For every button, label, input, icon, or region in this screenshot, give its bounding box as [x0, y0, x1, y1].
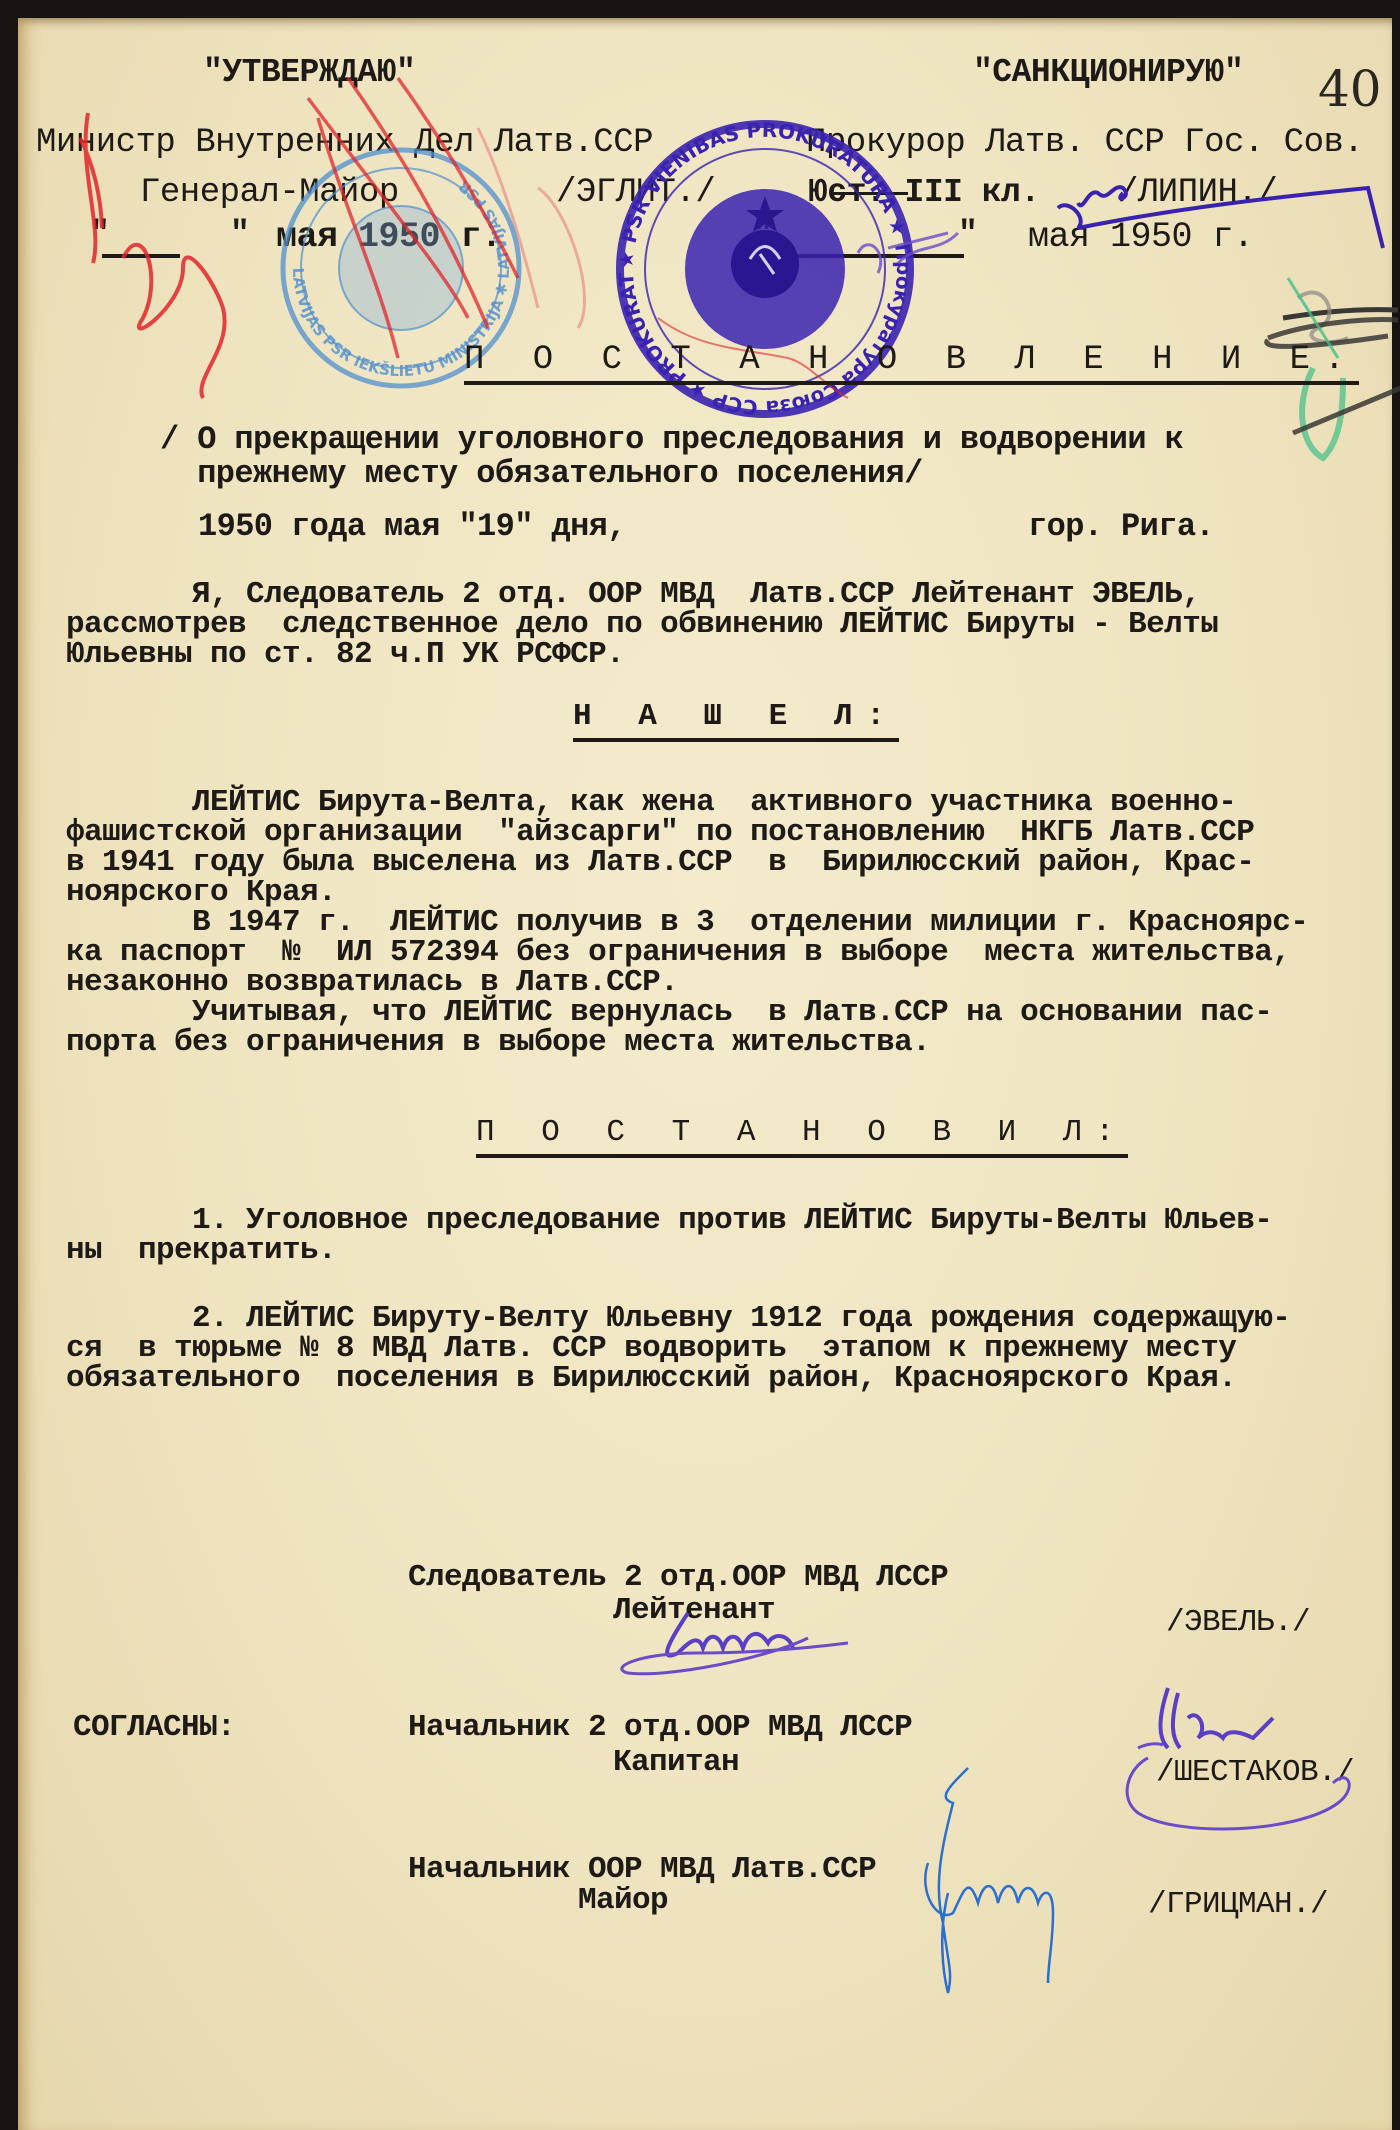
decided-1-line-2: ны прекратить. [66, 1234, 336, 1267]
prosecutor-signature-icon [1038, 168, 1398, 248]
document-title: П О С Т А Н О В Л Е Н И Е. [464, 343, 1359, 385]
found-line-9: порта без ограничения в выборе места жит… [66, 1026, 930, 1059]
decided-2-line-3: обязательного поселения в Бирилюсский ра… [66, 1362, 1236, 1395]
subject-line-1: / О прекращении уголовного преследования… [160, 423, 1183, 457]
document-page: "УТВЕРЖДАЮ" Министр Внутренних Дел Латв.… [18, 18, 1392, 2130]
chief-oor-title: Начальник ООР МВД Латв.ССР [408, 1853, 876, 1886]
investigator-signature-icon [608, 1598, 868, 1698]
investigator-title: Следователь 2 отд.ООР МВД ЛССР [408, 1561, 948, 1594]
chief-oor-signature-icon [898, 1763, 1158, 2003]
chief-oor-name: /ГРИЦМАН./ [1148, 1888, 1328, 1921]
sanction-label: "САНКЦИОНИРУЮ" [973, 56, 1243, 90]
place-line: гор. Рига. [1028, 510, 1214, 543]
chief-dept-rank: Капитан [613, 1746, 739, 1779]
investigator-name: /ЭВЕЛЬ./ [1166, 1606, 1310, 1639]
sheet-number: 40 [1318, 60, 1382, 118]
intro-line-3: Юльевны по ст. 82 ч.П УК РСФСР. [66, 638, 624, 671]
chief-dept-title: Начальник 2 отд.ООР МВД ЛССР [408, 1711, 912, 1744]
chief-oor-rank: Майор [578, 1884, 668, 1917]
decided-heading: П О С Т А Н О В И Л: [476, 1116, 1128, 1158]
violet-date-scribble-icon [848, 223, 988, 283]
subject-line-2: прежнему месту обязательного поселения/ [160, 457, 923, 491]
found-heading: Н А Ш Е Л: [573, 700, 899, 742]
date-line: 1950 года мая "19" дня, [198, 510, 626, 543]
agreed-label: СОГЛАСНЫ: [73, 1711, 235, 1744]
